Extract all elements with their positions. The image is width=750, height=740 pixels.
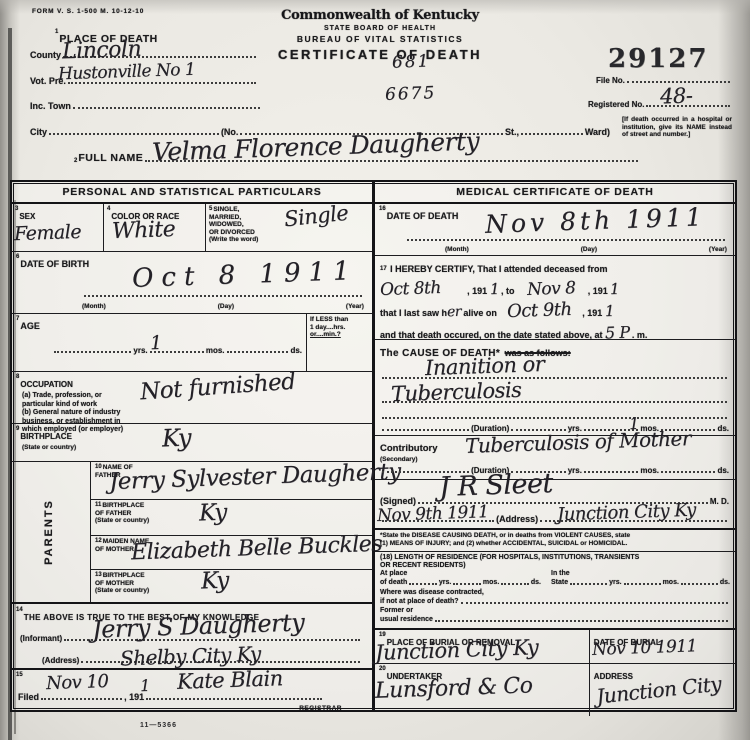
occupation-label: OCCUPATION (20, 380, 73, 389)
inc-town-blank (73, 106, 260, 109)
certify-line-3b: alive on (463, 308, 497, 318)
age-less-note-1: If LESS than (310, 316, 369, 324)
bottom-form-code: 11—5366 (140, 722, 177, 729)
certify-to-handwriting: Nov 8 (527, 278, 576, 300)
age-blank-3 (227, 350, 289, 353)
occupation-a2: particular kind of work (22, 401, 368, 410)
certify-to-label: , to (501, 286, 515, 296)
undertaker-address-label: ADDRESS (594, 672, 633, 681)
occupation-field-no: 8 (16, 374, 19, 380)
certify-field-no: 17 (380, 266, 387, 272)
mother-name-handwriting: Elizabeth Belle Buckles (131, 532, 383, 566)
res-blank-3 (501, 582, 529, 585)
filed-registrar-blank (146, 697, 322, 700)
dod-handwriting: Nov 8th 1911 (485, 202, 707, 239)
contributory-duration-blank-2 (584, 470, 638, 473)
mother-bp-field-no: 13 (95, 572, 102, 578)
parents-side-label: PARENTS (12, 462, 91, 602)
res-ds-1: ds. (531, 579, 541, 588)
cause-line1-handwriting: Inanition or (425, 352, 545, 380)
residence-state: State (551, 579, 568, 588)
medical-column: MEDICAL CERTIFICATE OF DEATH 16DATE OF D… (374, 182, 735, 710)
filed-label: Filed (18, 692, 39, 702)
age-field-no: 7 (16, 316, 19, 322)
residence-where-2: if not at place of death? (380, 598, 459, 607)
inc-town-label: Inc. Town (30, 101, 71, 111)
certify-from-handwriting: Oct 8th (380, 278, 441, 300)
dod-month-label: (Month) (445, 246, 469, 254)
res-blank-4 (570, 582, 607, 585)
death-certificate-scan: FORM V. S. 1-500 M. 10-12-10 Commonwealt… (0, 0, 750, 740)
hospital-note: [If death occurred in a hospital or inst… (622, 116, 732, 139)
father-bp-sub: (State or country) (95, 517, 368, 525)
res-blank-2 (453, 582, 481, 585)
city-label: City (30, 127, 47, 137)
certify-her-handwriting: er (447, 302, 462, 322)
age-less-note-3: or....min.? (310, 331, 369, 339)
attest-field-no: 14 (16, 607, 23, 613)
dob-field-no: 6 (16, 254, 19, 260)
signed-address-label: (Address) (496, 514, 538, 524)
age-ds-label: ds. (290, 346, 302, 355)
informant-address-handwriting: Shelby City Ky (120, 642, 261, 671)
residence-former-1: Former or (380, 607, 730, 616)
mother-bp-sub: (State or country) (95, 587, 368, 595)
father-bp-label: BIRTHPLACE (102, 502, 144, 509)
res-mos-2: mos. (663, 579, 679, 588)
cause-blank-3 (382, 416, 727, 419)
paper-sheet: FORM V. S. 1-500 M. 10-12-10 Commonwealt… (0, 0, 750, 740)
file-no-blank (627, 80, 730, 83)
certify-line-4b: . m. (632, 330, 648, 340)
residence-label-1: (18) LENGTH OF RESIDENCE (FOR HOSPITALS,… (380, 554, 730, 562)
certify-line-4a: and that death occured, on the date stat… (380, 330, 603, 340)
cause-footnote-2: (1) MEANS OF INJURY; and (2) whether ACC… (380, 540, 730, 548)
dob-year-label: (Year) (346, 303, 364, 311)
contributory-ds-label: ds. (717, 466, 729, 475)
age-label: AGE (20, 321, 40, 331)
burial-place-handwriting: Junction City Ky (375, 635, 539, 665)
document-title: CERTIFICATE OF DEATH (255, 47, 505, 62)
personal-column-title: PERSONAL AND STATISTICAL PARTICULARS (12, 182, 372, 204)
mother-bp-label: BIRTHPLACE (103, 572, 145, 579)
signed-md-label: M. D. (710, 497, 729, 506)
residence-where-1: Where was disease contracted, (380, 589, 730, 598)
certify-year-print-2: , 191 (588, 286, 608, 296)
birthplace-handwriting: Ky (162, 424, 192, 453)
birthplace-label: BIRTHPLACE (20, 432, 72, 441)
city-st-label: St., (505, 127, 519, 137)
stamp-number-2: 6675 (385, 83, 437, 105)
marital-field-no: 5 (209, 206, 212, 212)
res-yrs-2: yrs. (609, 579, 621, 588)
registered-no-label: Registered No. (588, 100, 644, 109)
residence-in-the: In the (551, 570, 730, 579)
informant-label: (Informant) (20, 634, 62, 643)
dob-month-label: (Month) (82, 303, 106, 311)
residence-at-place-2: of death (380, 579, 407, 588)
city-st-blank (521, 132, 583, 135)
stamp-number-1: 681 (392, 51, 431, 72)
birthplace-sub: (State or country) (22, 444, 368, 452)
contributory-sub-label: (Secondary) (380, 456, 730, 464)
sex-label: SEX (19, 212, 35, 221)
marital-label-1: SINGLE, (213, 206, 239, 213)
city-blank (49, 132, 219, 135)
res-ds-2: ds. (720, 579, 730, 588)
full-name-label: FULL NAME (78, 152, 143, 164)
age-blank-1 (54, 350, 131, 353)
certify-year2-handwriting: 1 (610, 279, 620, 299)
dod-label: DATE OF DEATH (387, 211, 459, 221)
marital-label-5: (Write the word) (209, 236, 369, 244)
physician-signature-handwriting: J R Sleet (438, 468, 553, 503)
residence-label-2: OR RECENT RESIDENTS) (380, 562, 730, 570)
age-mos-label: mos. (206, 346, 225, 355)
sex-field-no: 3 (15, 206, 18, 212)
contributory-duration-blank-3 (661, 470, 715, 473)
certify-year-print-1: , 191 (467, 286, 487, 296)
contributory-yrs-label: yrs. (568, 466, 582, 475)
county-label: County (30, 50, 61, 60)
full-name-field-no: 2 (74, 158, 77, 164)
informant-address-label: (Address) (42, 656, 79, 665)
res-mos-1: mos. (483, 579, 499, 588)
file-no-label: File No. (596, 76, 625, 85)
mother-field-no: 12 (95, 538, 102, 544)
dob-blank (84, 294, 362, 297)
registrar-label: REGISTRAR (299, 705, 342, 713)
mother-bp-handwriting: Ky (201, 568, 230, 595)
filed-date-handwriting: Nov 10 (46, 671, 109, 694)
county-handwriting: Lincoln (62, 37, 142, 65)
duration-blank-0 (382, 428, 469, 431)
father-bp-label-2: OF FATHER (95, 510, 368, 518)
color-race-handwriting: White (112, 217, 176, 244)
color-field-no: 4 (107, 206, 110, 212)
res-former-blank (435, 619, 728, 622)
dob-label: DATE OF BIRTH (20, 259, 89, 269)
certify-year3-handwriting: 1 (604, 301, 614, 321)
res-blank-6 (681, 582, 718, 585)
dob-day-label: (Day) (218, 303, 234, 311)
certify-line-3a: that I last saw h (380, 308, 447, 318)
sex-handwriting: Female (14, 221, 82, 245)
certificate-body: PERSONAL AND STATISTICAL PARTICULARS 3SE… (10, 180, 737, 712)
registrar-handwriting: Kate Blain (177, 666, 283, 694)
signed-date-handwriting: Nov 9th 1911 (377, 502, 489, 526)
certify-seen-handwriting: Oct 9th (507, 300, 572, 322)
res-where-blank (461, 601, 728, 604)
org-subtitle-1: STATE BOARD OF HEALTH (255, 25, 505, 32)
city-ward-label: Ward) (585, 127, 610, 137)
medical-column-title: MEDICAL CERTIFICATE OF DEATH (375, 182, 735, 204)
contributory-label: Contributory (380, 443, 438, 454)
certify-year-print-3: , 191 (582, 308, 602, 318)
cause-line2-handwriting: Tuberculosis (391, 378, 522, 407)
filed-date-blank (41, 697, 122, 700)
occupation-b1: (b) General nature of industry (22, 409, 368, 418)
org-name: Commonwealth of Kentucky (255, 8, 505, 23)
undertaker-handwriting: Lunsford & Co (375, 673, 533, 703)
age-months-handwriting: 1 (150, 332, 162, 354)
residence-at-place-1: At place (380, 570, 541, 579)
certify-line-1: I HEREBY CERTIFY, That I attended deceas… (390, 264, 607, 274)
cause-ds-label: ds. (717, 424, 729, 433)
father-field-no: 10 (95, 464, 102, 470)
burial-date-handwriting: Nov 10 1911 (591, 636, 697, 660)
org-subtitle-2: BUREAU OF VITAL STATISTICS (255, 34, 505, 44)
dod-field-no: 16 (379, 206, 386, 212)
residence-former-2: usual residence (380, 616, 433, 625)
birthplace-field-no: 9 (16, 426, 19, 432)
certify-year1-handwriting: 1 (489, 279, 499, 299)
age-less-note-2: 1 day....hrs. (310, 324, 369, 332)
form-code: FORM V. S. 1-500 M. 10-12-10 (32, 8, 144, 15)
father-bp-field-no: 11 (95, 502, 101, 508)
res-blank-5 (624, 582, 661, 585)
registered-no-handwriting: 48- (660, 83, 693, 108)
age-yrs-label: yrs. (133, 346, 147, 355)
mother-bp-label-2: OF MOTHER (95, 580, 368, 588)
contributory-mos-label: mos. (640, 466, 659, 475)
filed-year-handwriting: 1 (140, 676, 150, 695)
undertaker-field-no: 20 (379, 666, 386, 672)
cause-footnote-1: *State the DISEASE CAUSING DEATH, or in … (380, 532, 730, 540)
dod-day-label: (Day) (581, 246, 597, 254)
certificate-number: 29127 (608, 44, 708, 74)
res-blank-1 (409, 582, 437, 585)
dod-blank (407, 238, 725, 241)
dod-year-label: (Year) (709, 246, 727, 254)
place-field-no: 1 (55, 29, 58, 35)
burial-field-no: 19 (379, 632, 386, 638)
father-bp-handwriting: Ky (199, 500, 228, 527)
res-yrs-1: yrs. (439, 579, 451, 588)
personal-column: PERSONAL AND STATISTICAL PARTICULARS 3SE… (12, 182, 374, 710)
dob-handwriting: Oct 8 1911 (132, 256, 358, 294)
